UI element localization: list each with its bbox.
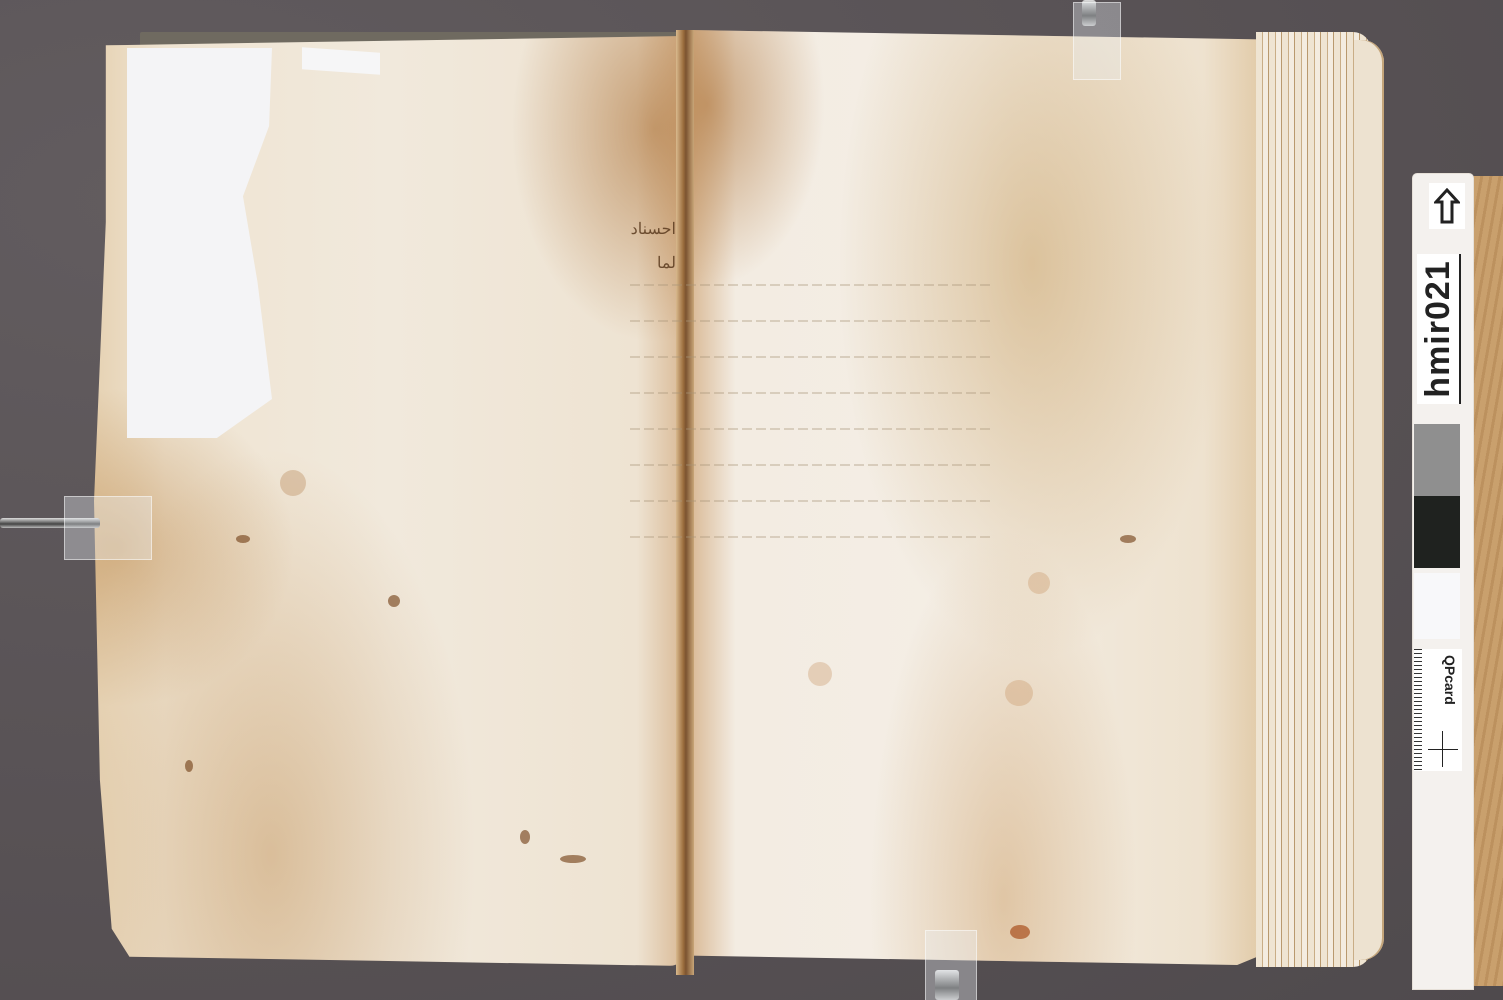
show-through-text — [630, 250, 990, 570]
ruler-ticks — [1414, 649, 1422, 771]
tape-strip — [1073, 2, 1121, 80]
cover-board-right — [1354, 40, 1384, 960]
stain — [185, 760, 193, 772]
tape-strip — [64, 496, 152, 560]
stain — [560, 855, 586, 863]
stain — [1005, 680, 1033, 706]
stain — [1010, 925, 1030, 939]
stain — [280, 470, 306, 496]
stain — [1028, 572, 1050, 594]
paper-insert — [127, 48, 272, 438]
grey-patch — [1414, 424, 1460, 496]
tape-strip — [925, 930, 977, 1000]
marginal-note-line: احسناد — [606, 212, 676, 246]
black-patch — [1414, 496, 1460, 568]
crosshair-icon — [1428, 749, 1458, 750]
ruler-scale: QPcard — [1414, 649, 1462, 771]
stain — [236, 535, 250, 543]
orientation-arrow — [1429, 183, 1465, 229]
stain — [1120, 535, 1136, 543]
white-patch — [1414, 573, 1460, 639]
shelfmark-label: hmir021 — [1417, 254, 1459, 404]
stain — [808, 662, 832, 686]
up-arrow-icon — [1434, 188, 1460, 224]
card-brand: QPcard — [1436, 655, 1458, 745]
stain — [388, 595, 400, 607]
stain — [520, 830, 530, 844]
